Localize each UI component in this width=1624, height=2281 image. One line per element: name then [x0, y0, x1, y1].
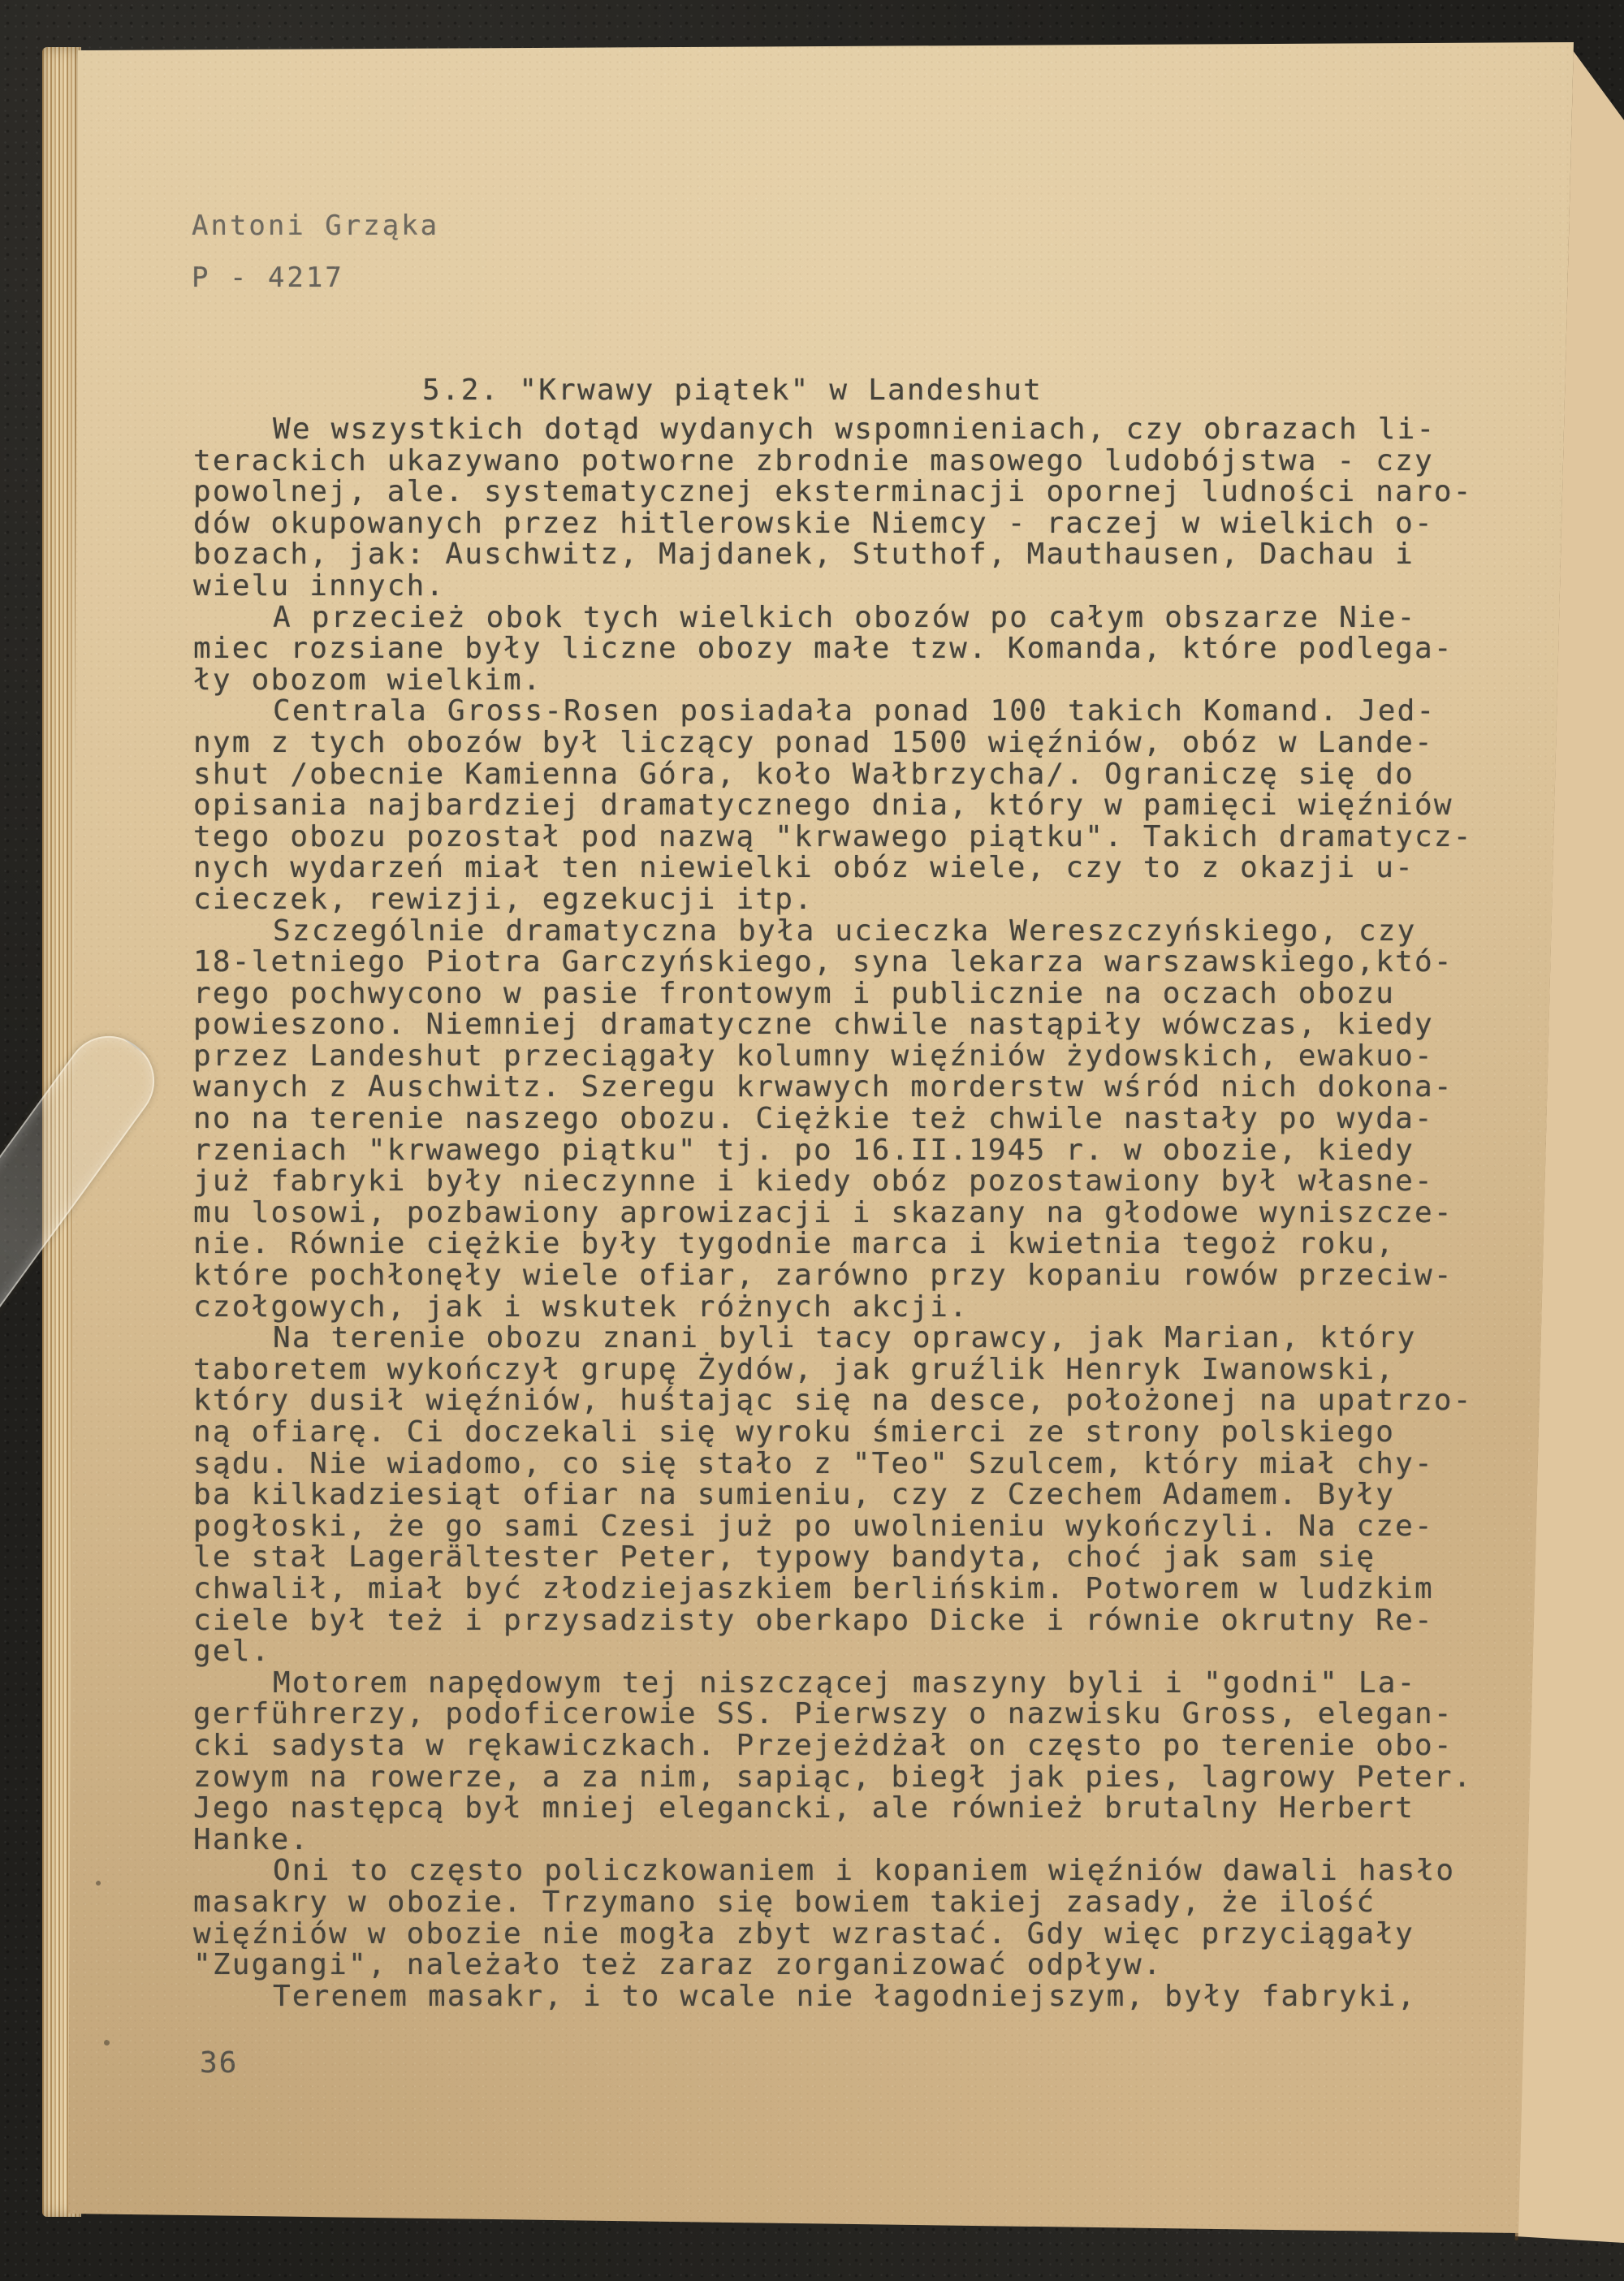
text-line: gerführerzy, podoficerowie SS. Pierwszy … — [193, 1699, 1492, 1730]
text-line: ły obozom wielkim. — [193, 665, 1492, 697]
text-line: ciele był też i przysadzisty oberkapo Di… — [193, 1605, 1492, 1637]
page-number: 36 — [200, 2046, 238, 2080]
paper-speck — [680, 459, 685, 463]
text-line: Jego następcą był mniej elegancki, ale r… — [193, 1793, 1492, 1825]
text-line: taboretem wykończył grupę Żydów, jak gru… — [193, 1354, 1492, 1386]
text-line: miec rozsiane były liczne obozy małe tzw… — [193, 633, 1492, 665]
text-line: Oni to często policzkowaniem i kopaniem … — [193, 1855, 1492, 1887]
text-line: Motorem napędowym tej niszczącej maszyny… — [193, 1668, 1492, 1700]
text-line: "Zugangi", należało też zaraz zorganizow… — [193, 1950, 1492, 1981]
text-line: czołgowych, jak i wskutek różnych akcji. — [193, 1292, 1492, 1324]
reference-number: P - 4217 — [192, 261, 344, 294]
text-line: więźniów w obozie nie mogła zbyt wzrasta… — [193, 1919, 1492, 1951]
text-line: już fabryki były nieczynne i kiedy obóz … — [193, 1166, 1492, 1198]
text-line: 18-letniego Piotra Garczyńskiego, syna l… — [193, 947, 1492, 978]
text-line: tego obozu pozostał pod nazwą "krwawego … — [193, 822, 1492, 853]
text-line: ba kilkadziesiąt ofiar na sumieniu, czy … — [193, 1480, 1492, 1511]
section-heading: 5.2. "Krwawy piątek" w Landeshut — [422, 374, 1043, 407]
text-line: powolnej, ale. systematycznej ekstermina… — [193, 477, 1492, 508]
text-line: cki sadysta w rękawiczkach. Przejeżdżał … — [193, 1730, 1492, 1762]
text-line: wielu innych. — [193, 571, 1492, 603]
text-line: Centrala Gross-Rosen posiadała ponad 100… — [193, 696, 1492, 728]
text-line: Na terenie obozu znani byli tacy oprawcy… — [193, 1323, 1492, 1354]
paper-speck — [96, 1881, 101, 1886]
text-line: le stał Lagerältester Peter, typowy band… — [193, 1542, 1492, 1574]
text-line: chwalił, miał być złodziejaszkiem berliń… — [193, 1574, 1492, 1605]
text-line: bozach, jak: Auschwitz, Majdanek, Stutho… — [193, 539, 1492, 571]
text-line: nie. Równie ciężkie były tygodnie marca … — [193, 1229, 1492, 1260]
text-line: shut /obecnie Kamienna Góra, koło Wałbrz… — [193, 759, 1492, 791]
text-line: We wszystkich dotąd wydanych wspomnienia… — [193, 414, 1492, 446]
text-line: dów okupowanych przez hitlerowskie Niemc… — [193, 508, 1492, 540]
text-line: nym z tych obozów był liczący ponad 1500… — [193, 728, 1492, 759]
photo-background: Antoni Grząka P - 4217 5.2. "Krwawy piąt… — [0, 0, 1624, 2281]
body-text: We wszystkich dotąd wydanych wspomnienia… — [193, 414, 1492, 2012]
author-name: Antoni Grząka — [192, 210, 439, 242]
text-line: masakry w obozie. Trzymano się bowiem ta… — [193, 1887, 1492, 1919]
text-line: sądu. Nie wiadomo, co się stało z "Teo" … — [193, 1449, 1492, 1480]
text-line: no na terenie naszego obozu. Ciężkie też… — [193, 1104, 1492, 1135]
document-page: Antoni Grząka P - 4217 5.2. "Krwawy piąt… — [0, 0, 1624, 2281]
text-line: terackich ukazywano potworne zbrodnie ma… — [193, 446, 1492, 477]
text-line: cieczek, rewizji, egzekucji itp. — [193, 884, 1492, 916]
text-line: Hanke. — [193, 1825, 1492, 1856]
text-line: nych wydarzeń miał ten niewielki obóz wi… — [193, 853, 1492, 884]
text-line: pogłoski, że go sami Czesi już po uwolni… — [193, 1511, 1492, 1543]
text-line: który dusił więźniów, huśtając się na de… — [193, 1385, 1492, 1417]
text-line: opisania najbardziej dramatycznego dnia,… — [193, 790, 1492, 822]
text-line: Terenem masakr, i to wcale nie łagodniej… — [193, 1981, 1492, 2013]
text-line: Szczególnie dramatyczna była ucieczka We… — [193, 916, 1492, 948]
text-line: które pochłonęły wiele ofiar, zarówno pr… — [193, 1260, 1492, 1292]
text-line: zowym na rowerze, a za nim, sapiąc, bieg… — [193, 1762, 1492, 1794]
text-line: wanych z Auschwitz. Szeregu krwawych mor… — [193, 1072, 1492, 1104]
text-line: rzeniach "krwawego piątku" tj. po 16.II.… — [193, 1135, 1492, 1167]
text-line: ną ofiarę. Ci doczekali się wyroku śmier… — [193, 1417, 1492, 1449]
text-line: A przecież obok tych wielkich obozów po … — [193, 603, 1492, 634]
text-line: rego pochwycono w pasie frontowym i publ… — [193, 978, 1492, 1010]
text-line: powieszono. Niemniej dramatyczne chwile … — [193, 1009, 1492, 1041]
paper-speck — [104, 2040, 110, 2046]
text-line: przez Landeshut przeciągały kolumny więź… — [193, 1041, 1492, 1073]
text-line: gel. — [193, 1636, 1492, 1668]
text-line: mu losowi, pozbawiony aprowizacji i skaz… — [193, 1198, 1492, 1229]
